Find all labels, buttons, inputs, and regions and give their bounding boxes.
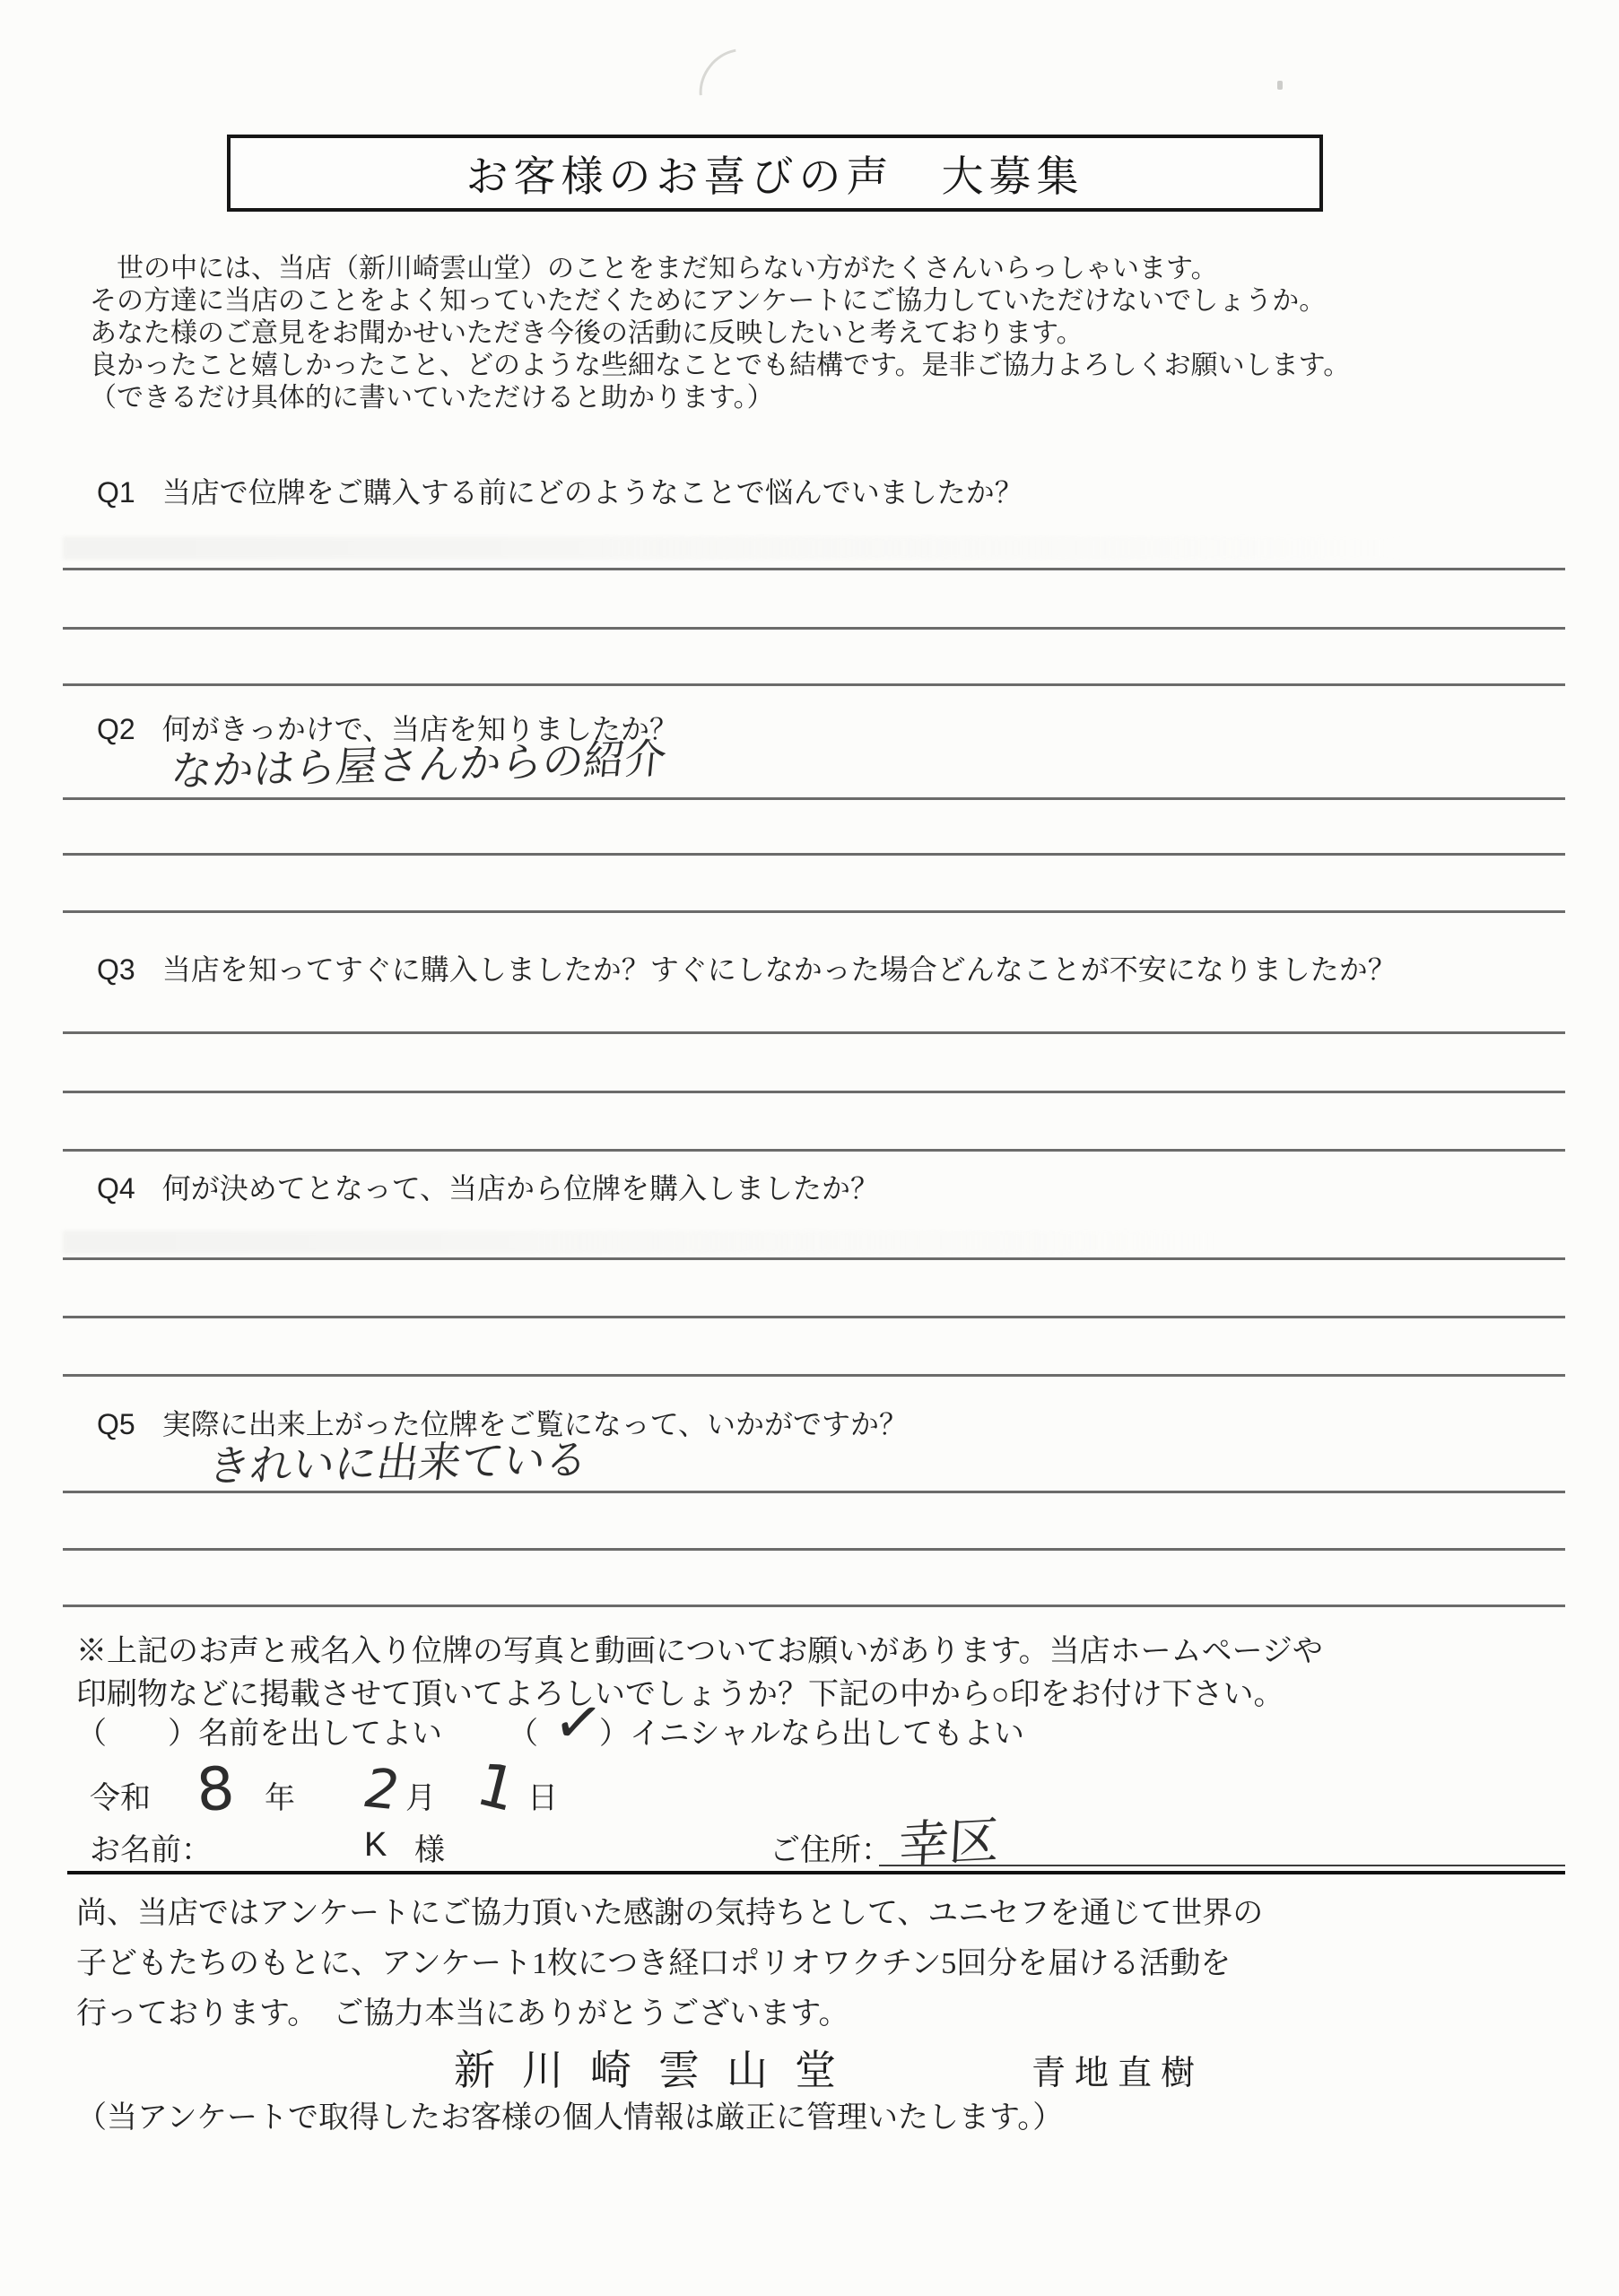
page-title: お客様のお喜びの声 大募集 bbox=[466, 143, 1084, 204]
answer-line bbox=[63, 1149, 1565, 1152]
intro-paragraph: 世の中には、当店（新川崎雲山堂）のことをまだ知らない方がたくさんいらっしゃいます… bbox=[90, 253, 1350, 414]
answer-line bbox=[63, 1031, 1565, 1034]
name-honorific: 様 bbox=[414, 1830, 445, 1873]
answer-line bbox=[63, 853, 1565, 856]
permission-note: ※上記のお声と戒名入り位牌の写真と動画についてお願いがあります。当店ホームページ… bbox=[76, 1631, 1323, 1717]
intro-line: 世の中には、当店（新川崎雲山堂）のことをまだ知らない方がたくさんいらっしゃいます… bbox=[90, 253, 1350, 285]
name-label: お名前： bbox=[90, 1830, 212, 1873]
answer-line bbox=[63, 1091, 1565, 1093]
question-label: Q3 bbox=[97, 953, 135, 986]
footer-line: 尚、当店ではアンケートにご協力頂いた感謝の気持ちとして、ユニセフを通じて世界の bbox=[76, 1889, 1263, 1939]
address-underline bbox=[879, 1865, 1565, 1866]
question-q1: Q1当店で位牌をご購入する前にどのようなことで悩んでいましたか？ bbox=[97, 470, 1023, 511]
date-year-value: 8 bbox=[195, 1753, 237, 1825]
answer-line bbox=[63, 1548, 1565, 1551]
shop-name: 新川崎雲山堂 bbox=[454, 2038, 863, 2097]
address-label: ご住所： bbox=[770, 1830, 892, 1873]
question-text: 何が決めてとなって、当店から位牌を購入しましたか？ bbox=[162, 1172, 879, 1205]
date-year-label: 年 bbox=[265, 1778, 295, 1821]
answer-line bbox=[63, 910, 1565, 913]
handwritten-check-icon: ✓ bbox=[549, 1685, 607, 1761]
scan-artifact-smudge bbox=[63, 536, 1408, 560]
intro-line: 良かったこと嬉しかったこと、どのような些細なことでも結構です。是非ご協力よろしく… bbox=[90, 350, 1350, 382]
signature-divider bbox=[67, 1871, 1565, 1874]
permission-note-line: ※上記のお声と戒名入り位牌の写真と動画についてお願いがあります。当店ホームページ… bbox=[76, 1631, 1323, 1674]
question-label: Q2 bbox=[97, 713, 135, 745]
date-month-label: 月 bbox=[405, 1778, 436, 1821]
title-box: お客様のお喜びの声 大募集 bbox=[227, 135, 1323, 212]
date-month-value: 2 bbox=[357, 1757, 406, 1822]
intro-line: その方達に当店のことをよく知っていただくためにアンケートにご協力していただけない… bbox=[90, 285, 1350, 317]
question-q4: Q4何が決めてとなって、当店から位牌を購入しましたか？ bbox=[97, 1166, 879, 1207]
answer-line bbox=[63, 627, 1565, 630]
footer-line: 子どもたちのもとに、アンケート1枚につき経口ポリオワクチン5回分を届ける活動を bbox=[76, 1939, 1263, 1989]
question-text: 当店で位牌をご購入する前にどのようなことで悩んでいましたか？ bbox=[162, 476, 1023, 509]
footer-paragraph: 尚、当店ではアンケートにご協力頂いた感謝の気持ちとして、ユニセフを通じて世界の … bbox=[76, 1889, 1263, 2039]
name-value: K bbox=[364, 1826, 387, 1865]
intro-line: あなた様のご意見をお聞かせいただき今後の活動に反映したいと考えております。 bbox=[90, 317, 1350, 350]
handwritten-answer-q2: なかはら屋さんからの紹介 bbox=[169, 726, 669, 798]
footer-line: 行っております。 ご協力本当にありがとうございます。 bbox=[76, 1989, 1263, 2039]
question-text: 当店を知ってすぐに購入しましたか？すぐにしなかった場合どんなことが不安になりまし… bbox=[162, 953, 1397, 986]
handwritten-address-value: 幸区 bbox=[897, 1801, 1001, 1878]
privacy-note: （当アンケートで取得したお客様の個人情報は厳正に管理いたします。） bbox=[76, 2097, 1063, 2140]
answer-line bbox=[63, 1257, 1565, 1260]
answer-line bbox=[63, 1605, 1565, 1607]
owner-name: 青地直樹 bbox=[1031, 2045, 1204, 2094]
permission-note-line: 印刷物などに掲載させて頂いてよろしいでしょうか？下記の中から○印をお付け下さい。 bbox=[76, 1674, 1323, 1717]
question-q3: Q3当店を知ってすぐに購入しましたか？すぐにしなかった場合どんなことが不安になり… bbox=[97, 947, 1397, 988]
answer-line bbox=[63, 797, 1565, 800]
scan-artifact-curl bbox=[684, 34, 789, 141]
question-label: Q5 bbox=[97, 1408, 135, 1440]
question-label: Q1 bbox=[97, 476, 135, 509]
option-name-ok: （ ）名前を出してよい bbox=[76, 1713, 442, 1756]
date-day-label: 日 bbox=[527, 1778, 558, 1821]
date-era-label: 令和 bbox=[90, 1778, 151, 1821]
survey-sheet: お客様のお喜びの声 大募集 世の中には、当店（新川崎雲山堂）のことをまだ知らない… bbox=[0, 0, 1619, 2296]
answer-line bbox=[63, 1374, 1565, 1377]
answer-line bbox=[63, 683, 1565, 686]
date-day-value: 1 bbox=[470, 1749, 523, 1825]
intro-line: （できるだけ具体的に書いていただけると助かります。） bbox=[90, 382, 1350, 414]
answer-line bbox=[63, 1491, 1565, 1493]
scan-artifact-speck bbox=[1277, 81, 1283, 90]
scan-artifact-smudge bbox=[63, 1231, 1229, 1254]
question-label: Q4 bbox=[97, 1172, 135, 1205]
answer-line bbox=[63, 568, 1565, 570]
handwritten-answer-q5: きれいに出来ている bbox=[205, 1426, 592, 1493]
answer-line bbox=[63, 1316, 1565, 1318]
